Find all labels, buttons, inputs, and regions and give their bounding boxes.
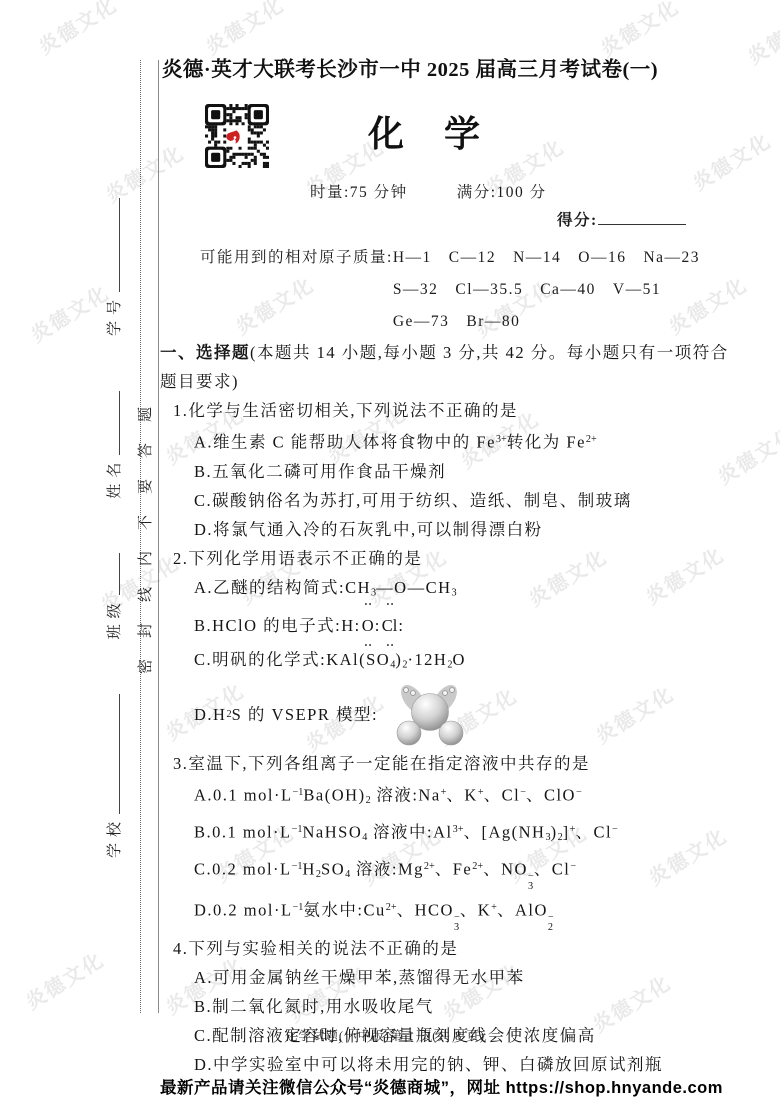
question-option: A.可用金属钠丝干燥甲苯,蒸馏得无水甲苯 xyxy=(160,963,760,992)
field-blank-line xyxy=(118,694,120,814)
atomic-mass-block: 可能用到的相对原子质量: H—1 C—12 N—14 O—16 Na—23 S—… xyxy=(200,242,700,338)
question-stem: 4.下列与实验相关的说法不正确的是 xyxy=(160,934,760,963)
watermark-text: 炎德文化 xyxy=(32,0,122,60)
question-option: C.明矾的化学式:KAl(SO4)2·12H2O xyxy=(160,644,760,681)
atomic-mass-line: H—1 C—12 N—14 O—16 Na—23 xyxy=(393,242,700,274)
field-label: 姓名 xyxy=(103,457,124,499)
score-line: 得分: xyxy=(557,208,686,230)
score-blank-line xyxy=(598,210,686,225)
page-number-footer: 化学试题(一中版)第 1 页(共 8 页) xyxy=(175,1026,595,1044)
question-option: D.0.2 mol·L−1氨水中:Cu2+、HCO−3、K+、AlO−2 xyxy=(160,893,760,934)
question-stem: 1.化学与生活密切相关,下列说法不正确的是 xyxy=(160,396,760,425)
question-option: D.H2S 的 VSEPR 模型: xyxy=(160,681,760,749)
question-option: A.乙醚的结构简式:CH3—O—CH3 xyxy=(160,573,760,608)
question-option: C.0.2 mol·L−1H2SO4 溶液:Mg2+、Fe2+、NO−3、Cl− xyxy=(160,852,760,893)
section-header: 一、选择题(本题共 14 小题,每小题 3 分,共 42 分。每小题只有一项符合 xyxy=(160,338,760,367)
atomic-mass-line: S—32 Cl—35.5 Ca—40 V—51 xyxy=(393,274,700,306)
exam-meta: 时量:75 分钟 满分:100 分 xyxy=(310,180,547,202)
questions-list: 1.化学与生活密切相关,下列说法不正确的是A.维生素 C 能帮助人体将食物中的 … xyxy=(160,396,760,1079)
student-info-field: 班级 xyxy=(103,553,124,639)
subject-title: 化 学 xyxy=(175,106,675,157)
field-blank-line xyxy=(118,198,120,292)
question-option: A.0.1 mol·L−1Ba(OH)2 溶液:Na+、K+、Cl−、ClO− xyxy=(160,778,760,815)
section-note-continued: 题目要求) xyxy=(160,367,760,396)
question-stem: 2.下列化学用语表示不正确的是 xyxy=(160,544,760,573)
question-option: B.五氧化二磷可用作食品干燥剂 xyxy=(160,457,760,486)
question-option: C.碳酸钠俗名为苏打,可用于纺织、造纸、制皂、制玻璃 xyxy=(160,486,760,515)
exam-paper-page: 炎德文化炎德文化炎德文化炎德文化炎德文化炎德文化炎德文化炎德文化炎德文化炎德文化… xyxy=(0,0,780,1104)
field-label: 学校 xyxy=(103,816,124,858)
section-note: (本题共 14 小题,每小题 3 分,共 42 分。每小题只有一项符合 xyxy=(250,343,729,362)
question-option: A.维生素 C 能帮助人体将食物中的 Fe3+转化为 Fe2+ xyxy=(160,425,760,457)
section-title: 一、选择题 xyxy=(160,343,250,362)
question-option: B.HClO 的电子式:H:O:Cl: xyxy=(160,607,760,644)
student-info-fields: 学校班级姓名学号 xyxy=(96,198,124,858)
field-label: 班级 xyxy=(103,597,124,639)
atomic-mass-values: H—1 C—12 N—14 O—16 Na—23 S—32 Cl—35.5 Ca… xyxy=(393,242,700,338)
field-blank-line xyxy=(118,553,120,595)
vsepr-model-image xyxy=(382,683,478,747)
watermark-text: 炎德文化 xyxy=(686,125,776,196)
watermark-text: 炎德文化 xyxy=(19,944,109,1015)
watermark-text: 炎德文化 xyxy=(741,0,780,70)
question-area: 一、选择题(本题共 14 小题,每小题 3 分,共 42 分。每小题只有一项符合… xyxy=(160,338,760,1079)
score-label: 得分: xyxy=(557,212,598,229)
atomic-mass-line: Ge—73 Br—80 xyxy=(393,306,700,338)
full-score-label: 满分:100 分 xyxy=(457,180,547,202)
student-info-field: 姓名 xyxy=(103,391,124,499)
duration-label: 时量:75 分钟 xyxy=(310,180,408,202)
student-info-field: 学号 xyxy=(103,198,124,336)
seal-notice-text: 密封线内不要答题 xyxy=(134,376,160,684)
student-info-field: 学校 xyxy=(103,694,124,858)
question-option: D.将氯气通入冷的石灰乳中,可以制得漂白粉 xyxy=(160,515,760,544)
promo-footer: 最新产品请关注微信公众号“炎德商城”，网址 https://shop.hnyan… xyxy=(160,1074,723,1098)
field-label: 学号 xyxy=(103,294,124,336)
question-option: B.0.1 mol·L−1NaHSO4 溶液中:Al3+、[Ag(NH3)2]+… xyxy=(160,815,760,852)
question-option: B.制二氧化氮时,用水吸收尾气 xyxy=(160,992,760,1021)
exam-title: 炎德·英才大联考长沙市一中 2025 届高三月考试卷(一) xyxy=(150,52,670,82)
field-blank-line xyxy=(118,391,120,455)
atomic-mass-intro: 可能用到的相对原子质量: xyxy=(200,242,393,338)
question-stem: 3.室温下,下列各组离子一定能在指定溶液中共存的是 xyxy=(160,749,760,778)
